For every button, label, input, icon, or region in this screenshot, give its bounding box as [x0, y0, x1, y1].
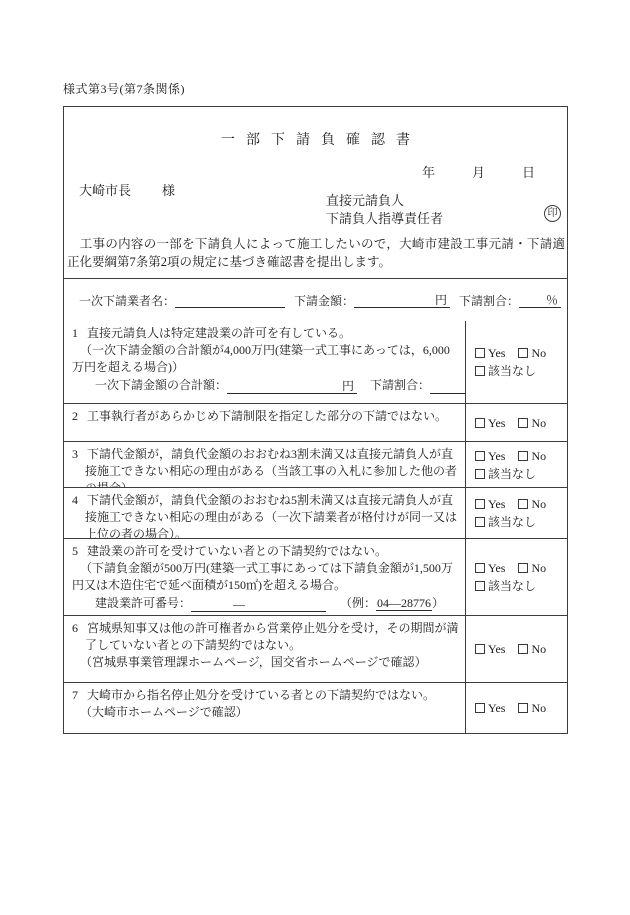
item-note: （宮城県事業管理課ホームページ，国交省ホームページで確認） — [72, 654, 461, 671]
item-row-2: 2工事執行者があらかじめ下請制限を指定した部分の下請ではない。 YesNo — [64, 403, 567, 441]
checkbox-icon — [475, 563, 485, 573]
item-3-text-cell: 3下請代金額が，請負代金額のおおむね3割未満又は直接元請負人が直接施工できない相… — [64, 442, 465, 487]
sum-unit-label: 円 — [342, 379, 354, 393]
subcontractor-name-label: 一次下請業者名： — [79, 292, 175, 309]
item-row-4: 4下請代金額が，請負代金額のおおむね5割未満又は直接元請負人が直接施工できない相… — [64, 487, 567, 538]
item-4-checks-cell: YesNo 該当なし — [465, 488, 567, 538]
document-title: 一部下請負確認書 — [64, 129, 567, 149]
checkbox-icon — [518, 499, 528, 509]
sum-amount-blank[interactable]: 円 — [227, 379, 357, 394]
item-1-amount-field: 一次下請金額の合計額：円下請割合：％ — [95, 377, 461, 394]
item-statement: 工事執行者があらかじめ下請制限を指定した部分の下請ではない。 — [87, 409, 447, 423]
item-7-text-cell: 7大崎市から指名停止処分を受けている者との下請契約ではない。 （大崎市ホームペー… — [64, 683, 465, 733]
checkbox-yes[interactable]: Yes — [475, 416, 505, 430]
item-number: 7 — [72, 688, 78, 702]
item-row-1: 1直接元請負人は特定建設業の許可を有している。 （一次下請金額の合計額が4,00… — [64, 321, 567, 403]
item-number: 5 — [72, 544, 78, 558]
item-5-permit-field: 建設業許可番号：―（例：04―28776） — [95, 595, 461, 612]
checkbox-icon — [475, 366, 485, 376]
item-statement: 宮城県知事又は他の許可権者から営業停止処分を受け，その期間が満了していない者との… — [85, 621, 459, 652]
item-statement: 直接元請負人は特定建設業の許可を有している。 — [87, 326, 351, 340]
sender-supervisor-label: 下請負人指導責任者 — [326, 208, 443, 227]
item-row-5: 5建設業の許可を受けていない者との下請契約ではない。 （下請負金額が500万円(… — [64, 538, 567, 615]
checkbox-no[interactable]: No — [518, 701, 546, 715]
checkbox-yes[interactable]: Yes — [475, 346, 505, 360]
checkbox-icon — [475, 469, 485, 479]
item-1-text-cell: 1直接元請負人は特定建設業の許可を有している。 （一次下請金額の合計額が4,00… — [64, 321, 465, 403]
item-3-checks-cell: YesNo 該当なし — [465, 442, 567, 487]
checkbox-icon — [518, 563, 528, 573]
checkbox-no[interactable]: No — [518, 416, 546, 430]
item-statement: 下請代金額が，請負代金額のおおむね3割未満又は直接元請負人が直接施工できない相応… — [85, 447, 457, 487]
checkbox-na[interactable]: 該当なし — [475, 579, 536, 593]
checkbox-icon — [518, 451, 528, 461]
item-6-checks-cell: YesNo — [465, 616, 567, 682]
item-5-text-cell: 5建設業の許可を受けていない者との下請契約ではない。 （下請負金額が500万円(… — [64, 539, 465, 615]
checkbox-icon — [475, 703, 485, 713]
checkbox-yes[interactable]: Yes — [475, 561, 505, 575]
subcontract-amount-blank[interactable]: 円 — [354, 293, 450, 308]
checkbox-icon — [518, 348, 528, 358]
subcontract-ratio-label: 下請割合： — [459, 292, 519, 309]
subcontract-ratio-blank[interactable]: ％ — [519, 293, 561, 308]
checkbox-icon — [518, 418, 528, 428]
item-statement: 下請代金額が，請負代金額のおおむね5割未満又は直接元請負人が直接施工できない相応… — [85, 493, 457, 538]
checkbox-na[interactable]: 該当なし — [475, 515, 536, 529]
permit-number-blank[interactable]: ― — [191, 597, 326, 612]
item-number: 6 — [72, 621, 78, 635]
addressee-honorific: 様 — [162, 183, 175, 198]
subcontractor-summary-row: 一次下請業者名： 下請金額：円 下請割合：％ — [64, 278, 567, 321]
form-code-label: 様式第3号(第7条関係) — [63, 80, 185, 97]
date-line: 年月日 — [422, 162, 535, 181]
form-outer-box: 一部下請負確認書 年月日 大崎市長様 直接元請負人 下請負人指導責任者 印 工事… — [63, 106, 568, 734]
checkbox-na[interactable]: 該当なし — [475, 364, 536, 378]
permit-number-label: 建設業許可番号： — [95, 596, 191, 610]
item-5-checks-cell: YesNo 該当なし — [465, 539, 567, 615]
permit-example: （例：04―28776） — [340, 596, 444, 610]
date-day-label: 日 — [522, 165, 535, 180]
permit-example-number: 04―28776 — [376, 596, 432, 611]
addressee-line: 大崎市長様 — [79, 180, 175, 199]
checkbox-yes[interactable]: Yes — [475, 449, 505, 463]
checkbox-icon — [475, 517, 485, 527]
checkbox-icon — [518, 703, 528, 713]
item-4-text-cell: 4下請代金額が，請負代金額のおおむね5割未満又は直接元請負人が直接施工できない相… — [64, 488, 465, 538]
date-year-label: 年 — [422, 165, 435, 180]
checkbox-no[interactable]: No — [518, 642, 546, 656]
sum-label: 一次下請金額の合計額： — [95, 378, 227, 392]
checkbox-icon — [518, 644, 528, 654]
checkbox-icon — [475, 644, 485, 654]
ratio-label: 下請割合： — [370, 378, 430, 392]
checkbox-yes[interactable]: Yes — [475, 642, 505, 656]
item-number: 3 — [72, 447, 78, 461]
checkbox-yes[interactable]: Yes — [475, 701, 505, 715]
checkbox-icon — [475, 418, 485, 428]
seal-stamp-icon: 印 — [544, 205, 561, 222]
checkbox-icon — [475, 348, 485, 358]
item-6-text-cell: 6宮城県知事又は他の許可権者から営業停止処分を受け，その期間が満了していない者と… — [64, 616, 465, 682]
item-number: 4 — [72, 493, 78, 507]
item-row-3: 3下請代金額が，請負代金額のおおむね3割未満又は直接元請負人が直接施工できない相… — [64, 441, 567, 487]
item-number: 2 — [72, 409, 78, 423]
checkbox-na[interactable]: 該当なし — [475, 467, 536, 481]
checkbox-icon — [475, 499, 485, 509]
addressee-name: 大崎市長 — [79, 183, 131, 198]
checkbox-yes[interactable]: Yes — [475, 497, 505, 511]
checkbox-no[interactable]: No — [518, 561, 546, 575]
item-statement: 大崎市から指名停止処分を受けている者との下請契約ではない。 — [87, 688, 435, 702]
item-row-7: 7大崎市から指名停止処分を受けている者との下請契約ではない。 （大崎市ホームペー… — [64, 682, 567, 733]
document-page: 様式第3号(第7条関係) 一部下請負確認書 年月日 大崎市長様 直接元請負人 下… — [0, 0, 630, 915]
ratio-blank[interactable]: ％ — [430, 379, 465, 394]
item-2-text-cell: 2工事執行者があらかじめ下請制限を指定した部分の下請ではない。 — [64, 404, 465, 441]
subcontractor-name-blank[interactable] — [175, 293, 285, 308]
ratio-unit-label: ％ — [546, 293, 558, 307]
permit-dash: ― — [233, 597, 245, 611]
subcontract-amount-label: 下請金額： — [294, 292, 354, 309]
checkbox-no[interactable]: No — [518, 497, 546, 511]
item-number: 1 — [72, 326, 78, 340]
item-7-checks-cell: YesNo — [465, 683, 567, 733]
checkbox-icon — [475, 581, 485, 591]
checkbox-no[interactable]: No — [518, 346, 546, 360]
item-row-6: 6宮城県知事又は他の許可権者から営業停止処分を受け，その期間が満了していない者と… — [64, 615, 567, 682]
checklist-table: 1直接元請負人は特定建設業の許可を有している。 （一次下請金額の合計額が4,00… — [64, 321, 567, 733]
intro-paragraph: 工事の内容の一部を下請負人によって施工したいので，大崎市建設工事元請・下請適正化… — [67, 235, 565, 271]
item-note: （下請負金額が500万円(建築一式工事にあっては下請負金額が1,500万円又は木… — [72, 560, 461, 594]
amount-unit-label: 円 — [435, 293, 447, 307]
item-1-checks-cell: YesNo 該当なし — [465, 321, 567, 403]
item-2-checks-cell: YesNo — [465, 404, 567, 441]
item-note: （一次下請金額の合計額が4,000万円(建築一式工事にあっては，6,000万円を… — [72, 342, 461, 376]
sender-prime-contractor-label: 直接元請負人 — [326, 190, 404, 209]
date-month-label: 月 — [472, 165, 485, 180]
checkbox-icon — [475, 451, 485, 461]
item-note: （大崎市ホームページで確認） — [72, 704, 461, 721]
item-statement: 建設業の許可を受けていない者との下請契約ではない。 — [87, 544, 387, 558]
checkbox-no[interactable]: No — [518, 449, 546, 463]
